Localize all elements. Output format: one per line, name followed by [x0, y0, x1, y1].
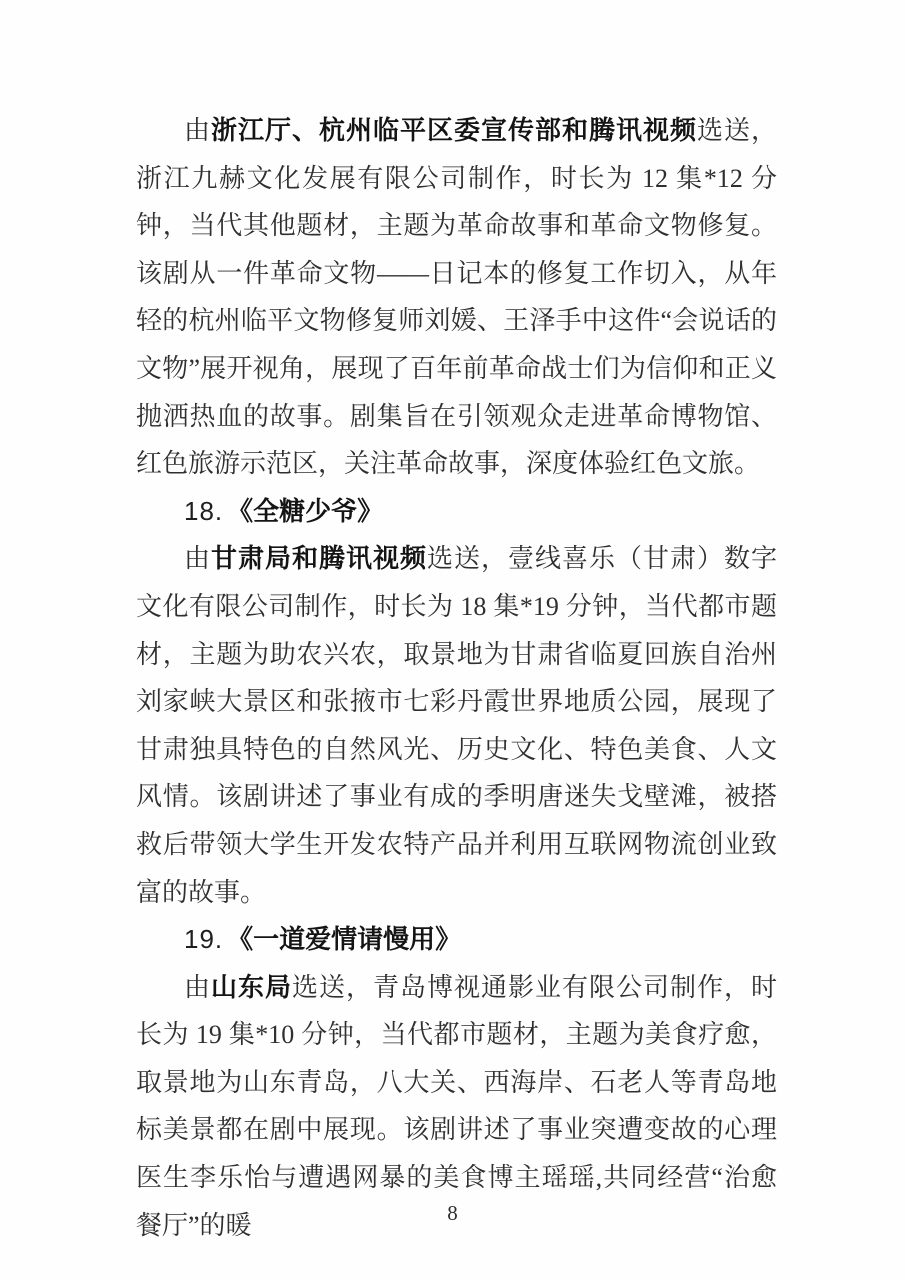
- bold-text-run: 甘肃局和腾讯视频: [211, 543, 427, 573]
- text-run: 选送，壹线喜乐（甘肃）数字文化有限公司制作，时长为 18 集*19 分钟，当代都…: [136, 544, 777, 906]
- text-run: 由: [184, 116, 211, 145]
- heading-number: 19.: [184, 924, 223, 954]
- bold-text-run: 浙江厅、杭州临平区委宣传部和腾讯视频: [211, 115, 697, 145]
- document-body: 由浙江厅、杭州临平区委宣传部和腾讯视频选送，浙江九赫文化发展有限公司制作，时长为…: [136, 107, 777, 1249]
- text-run: 选送，浙江九赫文化发展有限公司制作，时长为 12 集*12 分钟，当代其他题材，…: [136, 116, 777, 478]
- text-run: 由: [184, 544, 211, 573]
- body-paragraph: 由浙江厅、杭州临平区委宣传部和腾讯视频选送，浙江九赫文化发展有限公司制作，时长为…: [136, 107, 777, 488]
- bold-text-run: 山东局: [211, 972, 292, 1002]
- body-paragraph: 由甘肃局和腾讯视频选送，壹线喜乐（甘肃）数字文化有限公司制作，时长为 18 集*…: [136, 535, 777, 916]
- bold-text-run: 《一道爱情请慢用》: [227, 924, 461, 954]
- document-page: 由浙江厅、杭州临平区委宣传部和腾讯视频选送，浙江九赫文化发展有限公司制作，时长为…: [0, 0, 905, 1280]
- drama-heading: 18.《全糖少爷》: [136, 488, 777, 536]
- drama-heading: 19.《一道爱情请慢用》: [136, 916, 777, 964]
- page-number: 8: [0, 1198, 905, 1228]
- bold-text-run: 《全糖少爷》: [227, 496, 383, 526]
- heading-number: 18.: [184, 496, 223, 526]
- text-run: 由: [184, 973, 211, 1002]
